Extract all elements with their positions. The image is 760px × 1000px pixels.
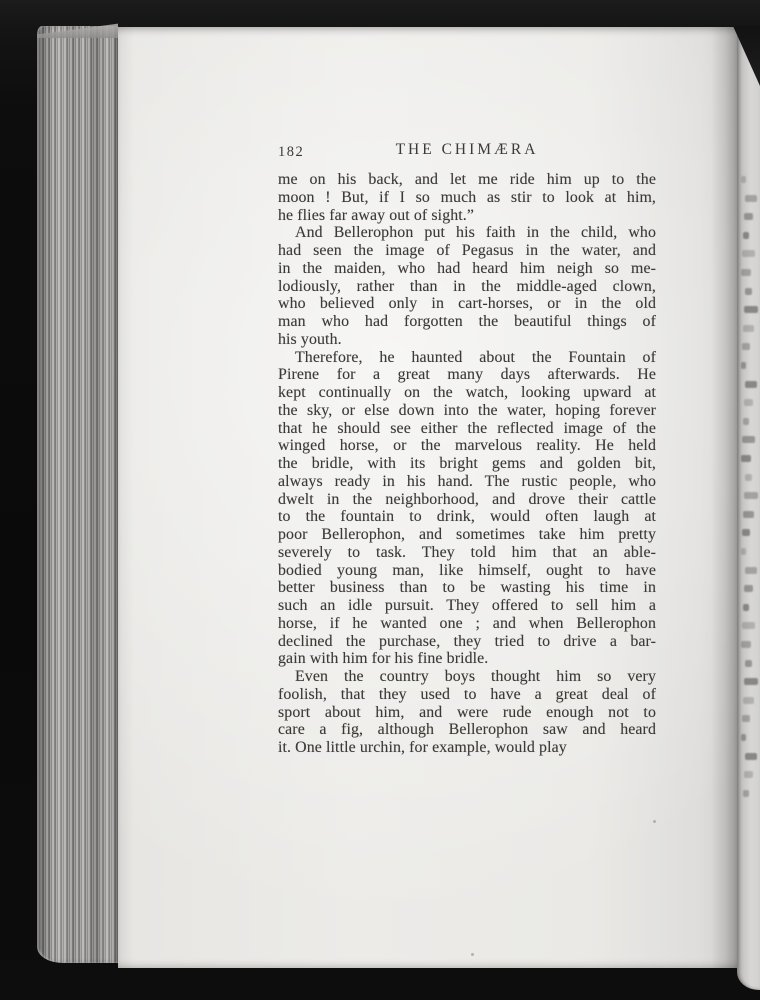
- book-scan-photo: 182 THE CHIMÆRA me on his back, and let …: [0, 0, 760, 1000]
- text-line: sport about him, and were rude enough no…: [278, 704, 656, 722]
- adjacent-page-text-fragment: [744, 213, 753, 220]
- adjacent-page-text-fragment: [741, 641, 751, 648]
- adjacent-page-text-artifacts: [737, 26, 760, 990]
- text-line: Therefore, he haunted about the Fountain…: [278, 349, 656, 367]
- text-line: foolish, that they used to have a great …: [278, 686, 656, 704]
- adjacent-page-text-fragment: [741, 362, 746, 369]
- adjacent-page-text-fragment: [745, 474, 752, 481]
- text-line: the sky, or else down into the water, ho…: [278, 402, 656, 420]
- adjacent-page-text-fragment: [742, 343, 750, 350]
- text-line: always ready in his hand. The rustic peo…: [278, 473, 656, 491]
- adjacent-page-text-fragment: [743, 604, 749, 611]
- text-line: me on his back, and let me ride him up t…: [278, 171, 656, 189]
- text-line: such an idle pursuit. They offered to se…: [278, 597, 656, 615]
- adjacent-page-text-fragment: [743, 511, 754, 518]
- text-line: moon ! But, if I so much as stir to look…: [278, 189, 656, 207]
- text-line: And Bellerophon put his faith in the chi…: [278, 224, 656, 242]
- text-line: poor Bellerophon, and sometimes take him…: [278, 526, 656, 544]
- text-line: in the maiden, who had heard him neigh s…: [278, 260, 656, 278]
- adjacent-page-text-fragment: [745, 753, 757, 760]
- adjacent-page-text-fragment: [741, 734, 746, 741]
- text-line: Even the country boys thought him so ver…: [278, 668, 656, 686]
- text-line: dwelt in the neighborhood, and drove the…: [278, 491, 656, 509]
- text-line: that he should see either the reflected …: [278, 420, 656, 438]
- adjacent-page-text-fragment: [745, 660, 752, 667]
- adjacent-page-text-fragment: [745, 567, 757, 574]
- text-line: it. One little urchin, for example, woul…: [278, 739, 656, 757]
- book-fore-edge-pages: [37, 26, 118, 963]
- adjacent-page-text-fragment: [741, 548, 746, 555]
- text-line: care a fig, although Bellerophon saw and…: [278, 721, 656, 739]
- adjacent-page-text-fragment: [744, 306, 758, 313]
- text-line: kept continually on the watch, looking u…: [278, 384, 656, 402]
- text-line: bodied young man, like himself, ought to…: [278, 562, 656, 580]
- text-line: winged horse, or the marvelous reality. …: [278, 437, 656, 455]
- adjacent-page-text-fragment: [744, 492, 758, 499]
- text-line: man who had forgotten the beautiful thin…: [278, 313, 656, 331]
- text-line: the bridle, with its bright gems and gol…: [278, 455, 656, 473]
- book-page: 182 THE CHIMÆRA me on his back, and let …: [118, 27, 737, 968]
- text-line: declined the purchase, they tried to dri…: [278, 633, 656, 651]
- adjacent-page-text-fragment: [742, 715, 750, 722]
- adjacent-page-text-fragment: [742, 529, 750, 536]
- adjacent-page-text-fragment: [745, 195, 757, 202]
- adjacent-page-text-fragment: [744, 399, 753, 406]
- adjacent-page-text-fragment: [741, 455, 751, 462]
- text-body: me on his back, and let me ride him up t…: [278, 171, 656, 757]
- adjacent-page-text-fragment: [743, 325, 754, 332]
- adjacent-page-text-fragment: [745, 288, 752, 295]
- text-line: lodiously, rather than in the middle-age…: [278, 278, 656, 296]
- adjacent-page-text-fragment: [744, 585, 753, 592]
- dust-speck: [653, 820, 656, 823]
- running-head: 182 THE CHIMÆRA: [278, 141, 656, 163]
- text-line: he flies far away out of sight.”: [278, 207, 656, 225]
- adjacent-page-text-fragment: [741, 176, 746, 183]
- text-line: horse, if he wanted one ; and when Belle…: [278, 615, 656, 633]
- adjacent-page-text-fragment: [743, 697, 754, 704]
- text-line: better business than to be wasting his t…: [278, 579, 656, 597]
- adjacent-page-text-fragment: [745, 381, 757, 388]
- adjacent-page-text-fragment: [744, 771, 753, 778]
- adjacent-page-text-fragment: [744, 678, 758, 685]
- text-line: his youth.: [278, 331, 656, 349]
- adjacent-page-text-fragment: [742, 622, 755, 629]
- adjacent-page-text-fragment: [742, 436, 755, 443]
- text-line: gain with him for his fine bridle.: [278, 650, 656, 668]
- text-line: who believed only in cart-horses, or in …: [278, 295, 656, 313]
- text-line: to the fountain to drink, would often la…: [278, 508, 656, 526]
- text-line: had seen the image of Pegasus in the wat…: [278, 242, 656, 260]
- adjacent-page-text-fragment: [742, 250, 755, 257]
- adjacent-page-text-fragment: [741, 269, 751, 276]
- text-line: Pirene for a great many days afterwards.…: [278, 366, 656, 384]
- adjacent-page-text-fragment: [743, 418, 749, 425]
- text-line: severely to task. They told him that an …: [278, 544, 656, 562]
- adjacent-page-text-fragment: [743, 790, 749, 797]
- dust-speck: [471, 953, 474, 956]
- running-title: THE CHIMÆRA: [278, 141, 656, 159]
- adjacent-page-text-fragment: [743, 232, 749, 239]
